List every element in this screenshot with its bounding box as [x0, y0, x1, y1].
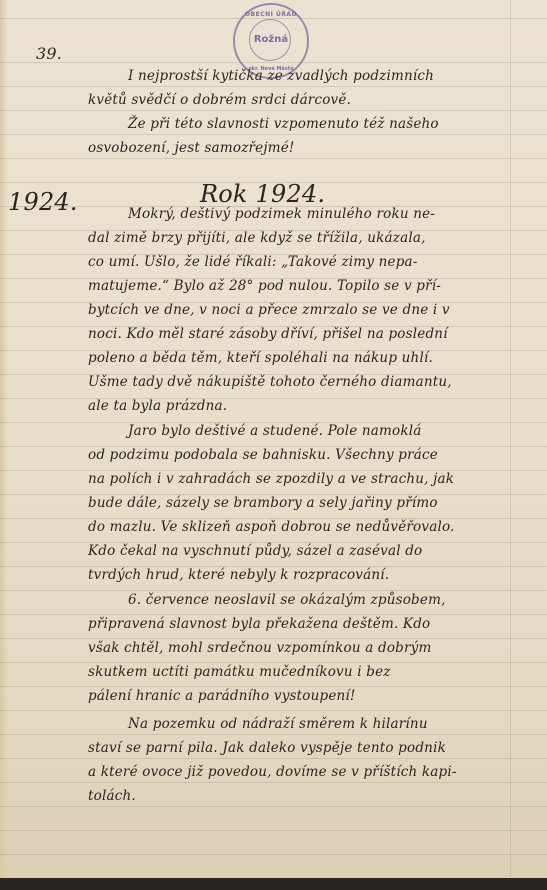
text-line: noci. Kdo měl staré zásoby dříví, přišel… [88, 326, 448, 342]
text-line: květů svědčí o dobrém srdci dárcově. [88, 92, 351, 108]
text-line: osvobození, jest samozřejmé! [88, 140, 295, 156]
text-line: skutkem uctíti památku mučedníkovu i bez [88, 664, 391, 680]
text-line: na polích i v zahradách se zpozdily a ve… [88, 471, 454, 487]
text-line: bude dále, sázely se brambory a sely jař… [88, 495, 438, 511]
text-line: ale ta byla prázdna. [88, 398, 227, 414]
text-line: staví se parní pila. Jak daleko vyspěje … [88, 740, 446, 756]
text-line: Mokrý, deštivý podzimek minulého roku ne… [128, 206, 435, 222]
text-line: tvrdých hrud, které nebyly k rozpracován… [88, 567, 389, 583]
text-line: 6. července neoslavil se okázalým způsob… [128, 592, 446, 608]
margin-line [510, 0, 511, 884]
text-line: od podzimu podobala se bahnisku. Všechny… [88, 447, 438, 463]
stamp-top-text: OBECNÍ ÚŘAD [235, 11, 307, 18]
text-line: však chtěl, mohl srdečnou vzpomínkou a d… [88, 640, 432, 656]
text-line: a které ovoce již povedou, dovíme se v p… [88, 764, 457, 780]
margin-year: 1924. [8, 188, 78, 216]
text-line: pálení hranic a parádního vystoupení! [88, 688, 356, 704]
text-line: připravená slavnost byla překažena deště… [88, 616, 430, 632]
text-line: I nejprostší kytička ze zvadlých podzimn… [128, 68, 434, 84]
text-line: do mazlu. Ve sklizeň aspoň dobrou se ned… [88, 519, 455, 535]
section-title: Rok 1924. [200, 180, 325, 208]
text-line: matujeme.“ Bylo až 28° pod nulou. Topilo… [88, 278, 441, 294]
text-line: dal zimě brzy přijíti, ale když se tříži… [88, 230, 426, 246]
text-line: Kdo čekal na vyschnutí půdy, sázel a zas… [88, 543, 422, 559]
stamp-center-text: Rožná [235, 34, 307, 45]
page-number: 39. [36, 44, 62, 63]
text-line: bytcích ve dne, v noci a přece zmrzalo s… [88, 302, 450, 318]
text-line: Ušme tady dvě nákupiště tohoto černého d… [88, 374, 452, 390]
chronicle-page: OBECNÍ ÚŘAD Rožná okr. Nové Město 39. 19… [0, 0, 547, 884]
text-line: co umí. Ušlo, že lidé říkali: „Takové zi… [88, 254, 418, 270]
page-edge-shadow [0, 878, 547, 884]
text-line: Jaro bylo deštivé a studené. Pole namokl… [128, 423, 422, 439]
text-line: Na pozemku od nádraží směrem k hilarínu [128, 716, 428, 732]
text-line: tolách. [88, 788, 136, 804]
text-line: poleno a běda těm, kteří spoléhali na ná… [88, 350, 433, 366]
text-line: Že při této slavnosti vzpomenuto též naš… [128, 116, 439, 132]
